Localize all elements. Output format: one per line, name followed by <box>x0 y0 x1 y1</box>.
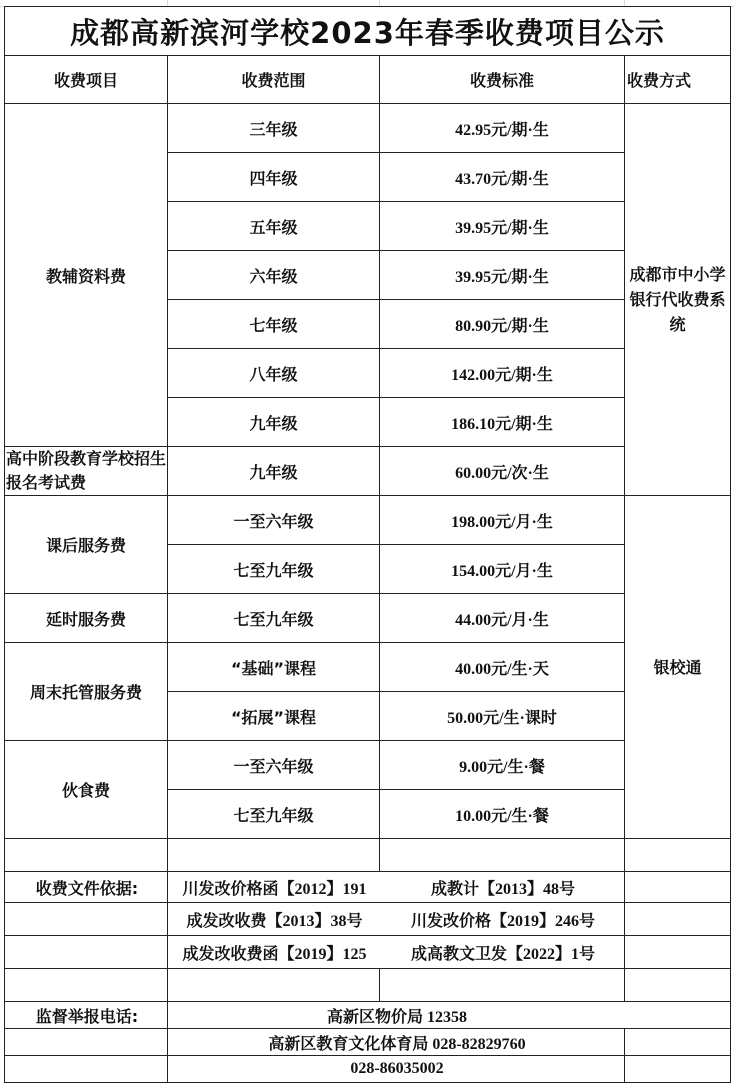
blank-cell <box>625 1002 731 1029</box>
header-item: 收费项目 <box>5 56 168 104</box>
fee-standard: 43.70元/期·生 <box>380 153 625 202</box>
fee-item-weekend: 周末托管服务费 <box>5 643 168 741</box>
blank-cell <box>625 1029 731 1056</box>
basis-label: 收费文件依据: <box>5 872 168 903</box>
fee-standard: 39.95元/期·生 <box>380 251 625 300</box>
fee-scope: 九年级 <box>168 398 380 447</box>
basis-doc: 成发改收费函【2019】125 <box>168 936 380 969</box>
payment-method-yinxiaotong: 银校通 <box>625 496 731 839</box>
basis-row: 成发改收费【2013】38号 川发改价格【2019】246号 <box>5 903 731 936</box>
supervision-phone: 高新区教育文化体育局 028-82829760 <box>168 1029 625 1056</box>
fee-scope: 七至九年级 <box>168 790 380 839</box>
fee-scope: 三年级 <box>168 104 380 153</box>
blank-cell <box>5 903 168 936</box>
fee-scope: 四年级 <box>168 153 380 202</box>
supervision-label: 监督举报电话: <box>5 1002 168 1029</box>
table-row: 课后服务费 一至六年级 198.00元/月·生 银校通 <box>5 496 731 545</box>
page-title: 成都高新滨河学校2023年春季收费项目公示 <box>5 7 731 56</box>
fee-standard: 60.00元/次·生 <box>380 447 625 496</box>
supervision-row: 高新区教育文化体育局 028-82829760 <box>5 1029 731 1056</box>
fee-standard: 10.00元/生·餐 <box>380 790 625 839</box>
blank-cell <box>5 1029 168 1056</box>
fee-scope: 七至九年级 <box>168 545 380 594</box>
fee-standard: 80.90元/期·生 <box>380 300 625 349</box>
basis-doc: 成教计【2013】48号 <box>380 872 625 903</box>
fee-standard: 186.10元/期·生 <box>380 398 625 447</box>
fee-scope: 五年级 <box>168 202 380 251</box>
fee-scope: 七年级 <box>168 300 380 349</box>
fee-standard: 142.00元/期·生 <box>380 349 625 398</box>
fee-scope: 一至六年级 <box>168 741 380 790</box>
supervision-phone: 高新区物价局 12358 <box>168 1002 625 1029</box>
fee-standard: 44.00元/月·生 <box>380 594 625 643</box>
fee-standard: 198.00元/月·生 <box>380 496 625 545</box>
blank-cell <box>625 872 731 903</box>
supervision-row: 028-86035002 <box>5 1056 731 1083</box>
blank-cell <box>625 1056 731 1083</box>
fee-standard: 39.95元/期·生 <box>380 202 625 251</box>
basis-doc: 成高教文卫发【2022】1号 <box>380 936 625 969</box>
blank-cell <box>625 969 731 1002</box>
basis-row: 成发改收费函【2019】125 成高教文卫发【2022】1号 <box>5 936 731 969</box>
fee-item-after-school: 课后服务费 <box>5 496 168 594</box>
basis-doc: 川发改价格【2019】246号 <box>380 903 625 936</box>
fee-standard: 40.00元/生·天 <box>380 643 625 692</box>
fee-item-materials: 教辅资料费 <box>5 104 168 447</box>
fee-standard: 9.00元/生·餐 <box>380 741 625 790</box>
fee-item-exam: 高中阶段教育学校招生报名考试费 <box>5 447 168 496</box>
table-row: 周末托管服务费 “基础”课程 40.00元/生·天 <box>5 643 731 692</box>
payment-method-bank-system: 成都市中小学银行代收费系统 <box>625 104 731 496</box>
fee-scope: 七至九年级 <box>168 594 380 643</box>
blank-cell <box>380 969 625 1002</box>
blank-cell <box>625 903 731 936</box>
table-header-row: 收费项目 收费范围 收费标准 收费方式 <box>5 56 731 104</box>
blank-cell <box>168 839 380 872</box>
header-scope: 收费范围 <box>168 56 380 104</box>
header-standard: 收费标准 <box>380 56 625 104</box>
fee-table: 成都高新滨河学校2023年春季收费项目公示 收费项目 收费范围 收费标准 收费方… <box>4 6 731 1083</box>
blank-cell <box>5 839 168 872</box>
blank-cell <box>5 969 168 1002</box>
fee-item-extended: 延时服务费 <box>5 594 168 643</box>
blank-cell <box>625 839 731 872</box>
blank-row <box>5 839 731 872</box>
fee-scope: 六年级 <box>168 251 380 300</box>
basis-doc: 川发改价格函【2012】191 <box>168 872 380 903</box>
fee-item-meals: 伙食费 <box>5 741 168 839</box>
fee-standard: 50.00元/生·课时 <box>380 692 625 741</box>
header-method: 收费方式 <box>625 56 731 104</box>
blank-cell <box>5 1056 168 1083</box>
basis-doc: 成发改收费【2013】38号 <box>168 903 380 936</box>
fee-standard: 154.00元/月·生 <box>380 545 625 594</box>
table-row: 延时服务费 七至九年级 44.00元/月·生 <box>5 594 731 643</box>
blank-cell <box>5 936 168 969</box>
blank-cell <box>380 839 625 872</box>
fee-scope: “基础”课程 <box>168 643 380 692</box>
table-row: 教辅资料费 三年级 42.95元/期·生 成都市中小学银行代收费系统 <box>5 104 731 153</box>
fee-scope: 九年级 <box>168 447 380 496</box>
blank-cell <box>625 936 731 969</box>
fee-scope: 八年级 <box>168 349 380 398</box>
supervision-phone: 028-86035002 <box>168 1056 625 1083</box>
fee-scope: “拓展”课程 <box>168 692 380 741</box>
supervision-row: 监督举报电话: 高新区物价局 12358 <box>5 1002 731 1029</box>
blank-row <box>5 969 731 1002</box>
fee-scope: 一至六年级 <box>168 496 380 545</box>
blank-cell <box>168 969 380 1002</box>
fee-standard: 42.95元/期·生 <box>380 104 625 153</box>
basis-row: 收费文件依据: 川发改价格函【2012】191 成教计【2013】48号 <box>5 872 731 903</box>
table-row: 伙食费 一至六年级 9.00元/生·餐 <box>5 741 731 790</box>
table-row: 高中阶段教育学校招生报名考试费 九年级 60.00元/次·生 <box>5 447 731 496</box>
